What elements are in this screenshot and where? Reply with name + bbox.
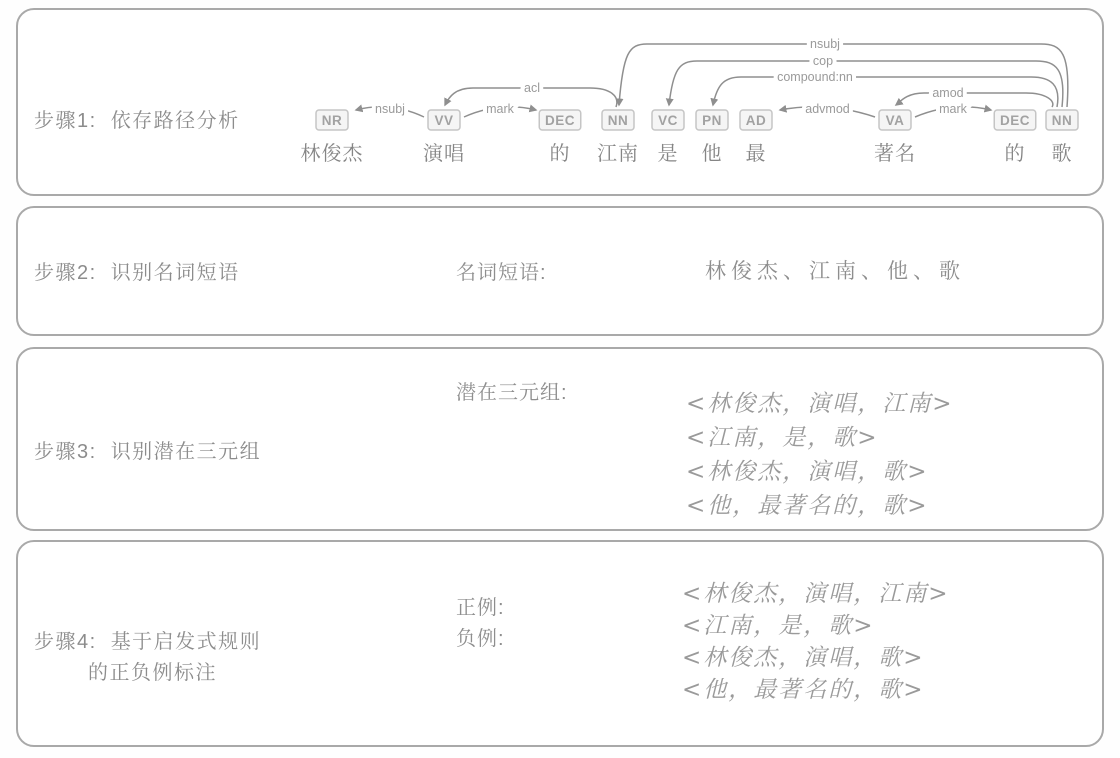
svg-text:他: 他 bbox=[702, 142, 723, 165]
step2-label: 步骤2:识别名词短语 bbox=[34, 256, 240, 285]
triple-item: <林俊杰，演唱，江南> bbox=[686, 387, 954, 421]
step3-title: 识别潜在三元组 bbox=[111, 441, 262, 463]
step1-label: 步骤1:依存路径分析 bbox=[34, 104, 240, 133]
step2-number: 步骤2: bbox=[34, 262, 97, 284]
svg-text:演唱: 演唱 bbox=[423, 142, 465, 165]
step4-number: 步骤4: bbox=[34, 631, 97, 653]
svg-text:歌: 歌 bbox=[1052, 142, 1073, 165]
svg-text:NN: NN bbox=[1052, 113, 1073, 128]
triple-item: <林俊杰，演唱，歌> bbox=[682, 642, 950, 674]
triple-item: <他，最著名的，歌> bbox=[686, 489, 954, 523]
svg-text:mark: mark bbox=[939, 102, 968, 116]
candidate-triples-list: <林俊杰，演唱，江南> <江南，是，歌> <林俊杰，演唱，歌> <他，最著名的，… bbox=[686, 387, 954, 523]
svg-text:VC: VC bbox=[658, 113, 678, 128]
candidate-triples-field-label: 潜在三元组: bbox=[456, 376, 568, 405]
step4-label: 步骤4:基于启发式规则 bbox=[34, 625, 261, 654]
svg-text:advmod: advmod bbox=[805, 102, 850, 116]
svg-text:NR: NR bbox=[322, 113, 343, 128]
svg-text:AD: AD bbox=[746, 113, 767, 128]
noun-phrase-value: 林俊杰、江南、他、歌 bbox=[705, 255, 965, 285]
step4-title-line1: 基于启发式规则 bbox=[111, 631, 262, 653]
svg-text:mark: mark bbox=[486, 102, 515, 116]
noun-phrase-field-label: 名词短语: bbox=[456, 256, 547, 285]
step1-title: 依存路径分析 bbox=[111, 110, 240, 132]
svg-text:江南: 江南 bbox=[597, 142, 639, 165]
svg-text:amod: amod bbox=[932, 86, 963, 100]
svg-text:cop: cop bbox=[813, 54, 833, 68]
pipeline-figure: 步骤1:依存路径分析 nsubjmarkacladvmodmarkamodcom… bbox=[0, 0, 1120, 758]
labeled-triples-list: <林俊杰，演唱，江南> <江南，是，歌> <林俊杰，演唱，歌> <他，最著名的，… bbox=[682, 578, 950, 706]
svg-text:compound:nn: compound:nn bbox=[777, 70, 853, 84]
step4-title-line2: 的正负例标注 bbox=[88, 656, 217, 685]
svg-text:VV: VV bbox=[434, 113, 453, 128]
svg-text:nsubj: nsubj bbox=[375, 102, 405, 116]
triple-item: <他，最著名的，歌> bbox=[682, 674, 950, 706]
svg-text:VA: VA bbox=[886, 113, 905, 128]
dependency-parse-diagram: nsubjmarkacladvmodmarkamodcompound:nncop… bbox=[280, 20, 1120, 192]
step1-number: 步骤1: bbox=[34, 110, 97, 132]
svg-text:acl: acl bbox=[524, 81, 540, 95]
svg-text:的: 的 bbox=[550, 142, 571, 165]
svg-text:DEC: DEC bbox=[1000, 113, 1030, 128]
svg-text:是: 是 bbox=[658, 142, 679, 165]
triple-item: <林俊杰，演唱，歌> bbox=[686, 455, 954, 489]
negative-field-label: 负例: bbox=[456, 622, 505, 651]
svg-text:NN: NN bbox=[608, 113, 629, 128]
svg-text:PN: PN bbox=[702, 113, 722, 128]
step3-panel: 潜在三元组: 步骤3:识别潜在三元组 <林俊杰，演唱，江南> <江南，是，歌> … bbox=[16, 347, 1104, 531]
triple-item: <江南，是，歌> bbox=[686, 421, 954, 455]
step4-panel: 正例: 负例: 步骤4:基于启发式规则 的正负例标注 <林俊杰，演唱，江南> <… bbox=[16, 540, 1104, 747]
svg-text:nsubj: nsubj bbox=[810, 37, 840, 51]
svg-text:著名: 著名 bbox=[874, 142, 916, 165]
positive-field-label: 正例: bbox=[456, 591, 505, 620]
svg-text:最: 最 bbox=[746, 142, 767, 165]
step1-panel: 步骤1:依存路径分析 nsubjmarkacladvmodmarkamodcom… bbox=[16, 8, 1104, 196]
triple-item: <林俊杰，演唱，江南> bbox=[682, 578, 950, 610]
svg-text:的: 的 bbox=[1005, 142, 1026, 165]
step3-number: 步骤3: bbox=[34, 441, 97, 463]
step2-title: 识别名词短语 bbox=[111, 262, 240, 284]
svg-text:DEC: DEC bbox=[545, 113, 575, 128]
svg-text:林俊杰: 林俊杰 bbox=[301, 142, 364, 165]
step2-panel: 步骤2:识别名词短语 名词短语: 林俊杰、江南、他、歌 bbox=[16, 206, 1104, 336]
step3-label: 步骤3:识别潜在三元组 bbox=[34, 435, 261, 464]
triple-item: <江南，是，歌> bbox=[682, 610, 950, 642]
